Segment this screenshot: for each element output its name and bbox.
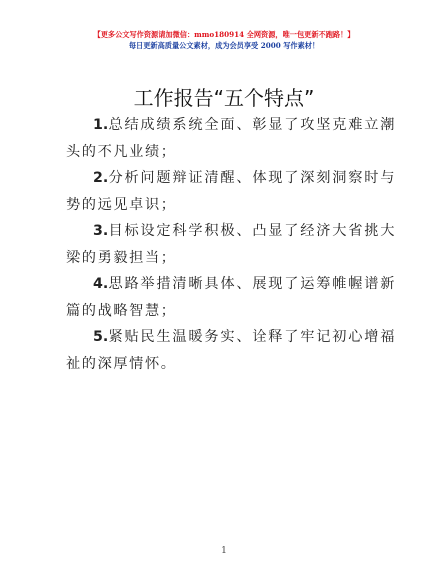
promo-header-line-1: 【更多公文写作资源请加微信：mmo180914 全网资源，唯一包更新不跑路！】 [0,30,448,40]
item-text: 目标设定科学积极、凸显了经济大省挑大梁的勇毅担当； [66,223,396,266]
item-number: 5. [93,329,108,345]
item-text: 分析问题辩证清醒、体现了深刻洞察时与势的远见卓识； [66,170,396,213]
document-body: 1.总结成绩系统全面、彰显了攻坚克难立潮头的不凡业绩； 2.分析问题辩证清醒、体… [66,112,396,377]
item-number: 2. [93,170,108,186]
list-item: 1.总结成绩系统全面、彰显了攻坚克难立潮头的不凡业绩； [66,112,396,165]
list-item: 3.目标设定科学积极、凸显了经济大省挑大梁的勇毅担当； [66,218,396,271]
document-title: 工作报告“五个特点” [0,82,448,111]
item-number: 1. [93,117,108,133]
page-number: 1 [0,546,448,556]
item-text: 总结成绩系统全面、彰显了攻坚克难立潮头的不凡业绩； [66,117,396,160]
item-text: 紧贴民生温暖务实、诠释了牢记初心增福祉的深厚情怀。 [66,329,396,372]
item-number: 4. [93,276,108,292]
list-item: 2.分析问题辩证清醒、体现了深刻洞察时与势的远见卓识； [66,165,396,218]
item-text: 思路举措清晰具体、展现了运筹帷幄谱新篇的战略智慧； [66,276,396,319]
list-item: 5.紧贴民生温暖务实、诠释了牢记初心增福祉的深厚情怀。 [66,324,396,377]
list-item: 4.思路举措清晰具体、展现了运筹帷幄谱新篇的战略智慧； [66,271,396,324]
promo-header-line-2: 每日更新高质量公文素材，成为会员享受 2000 写作素材！ [0,41,448,51]
item-number: 3. [93,223,108,239]
